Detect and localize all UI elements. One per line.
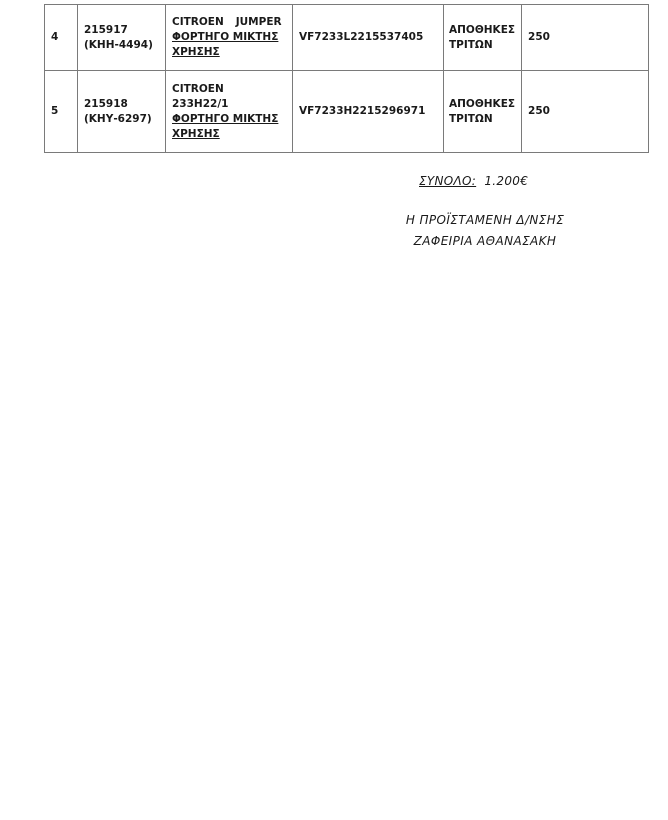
vehicle-id-cell: 215918 (ΚΗΥ-6297) [78, 71, 166, 153]
vehicle-type-line2: ΧΡΗΣΗΣ [172, 45, 286, 60]
row-index: 4 [45, 5, 78, 71]
location-line1: ΑΠΟΘΗΚΕΣ [449, 23, 515, 38]
vehicle-make-model: CITROENJUMPER [172, 15, 286, 30]
vehicle-model: 233H22/1 [172, 98, 228, 110]
vehicle-code: 215918 [84, 97, 159, 112]
location-line2: ΤΡΙΤΩΝ [449, 112, 515, 127]
vin-cell: VF7233L2215537405 [293, 5, 444, 71]
location-cell: ΑΠΟΘΗΚΕΣ ΤΡΙΤΩΝ [444, 71, 522, 153]
vin-cell: VF7233H2215296971 [293, 71, 444, 153]
vehicle-make: CITROEN [172, 16, 224, 28]
vehicle-type-line1: ΦΟΡΤΗΓΟ ΜΙΚΤΗΣ [172, 30, 286, 45]
price-cell: 250 [522, 71, 649, 153]
signature-title: Η ΠΡΟΪΣΤΑΜΕΝΗ Δ/ΝΣΗΣ [380, 213, 590, 227]
location-cell: ΑΠΟΘΗΚΕΣ ΤΡΙΤΩΝ [444, 5, 522, 71]
total-label: ΣΥΝΟΛΟ: [419, 174, 476, 188]
row-index: 5 [45, 71, 78, 153]
table-row: 5 215918 (ΚΗΥ-6297) CITROEN233H22/1 ΦΟΡΤ… [45, 71, 649, 153]
vehicle-type-line1: ΦΟΡΤΗΓΟ ΜΙΚΤΗΣ [172, 112, 286, 127]
location-line1: ΑΠΟΘΗΚΕΣ [449, 97, 515, 112]
vehicle-type-line2: ΧΡΗΣΗΣ [172, 127, 286, 142]
vehicle-id-cell: 215917 (ΚΗΗ-4494) [78, 5, 166, 71]
price-cell: 250 [522, 5, 649, 71]
total-value: 1.200€ [484, 174, 528, 188]
vehicle-plate: (ΚΗΗ-4494) [84, 38, 159, 53]
vehicle-description-cell: CITROEN233H22/1 ΦΟΡΤΗΓΟ ΜΙΚΤΗΣ ΧΡΗΣΗΣ [166, 71, 293, 153]
vehicle-make: CITROEN [172, 83, 224, 95]
table-row: 4 215917 (ΚΗΗ-4494) CITROENJUMPER ΦΟΡΤΗΓ… [45, 5, 649, 71]
vehicle-make-model: CITROEN233H22/1 [172, 82, 286, 112]
total-line: ΣΥΝΟΛΟ: 1.200€ [419, 174, 528, 188]
location-line2: ΤΡΙΤΩΝ [449, 38, 515, 53]
vehicle-description-cell: CITROENJUMPER ΦΟΡΤΗΓΟ ΜΙΚΤΗΣ ΧΡΗΣΗΣ [166, 5, 293, 71]
vehicles-table: 4 215917 (ΚΗΗ-4494) CITROENJUMPER ΦΟΡΤΗΓ… [44, 4, 649, 153]
vehicle-model: JUMPER [236, 16, 282, 28]
signature-name: ΖΑΦΕΙΡΙΑ ΑΘΑΝΑΣΑΚΗ [380, 234, 590, 248]
vehicle-plate: (ΚΗΥ-6297) [84, 112, 159, 127]
vehicle-code: 215917 [84, 23, 159, 38]
